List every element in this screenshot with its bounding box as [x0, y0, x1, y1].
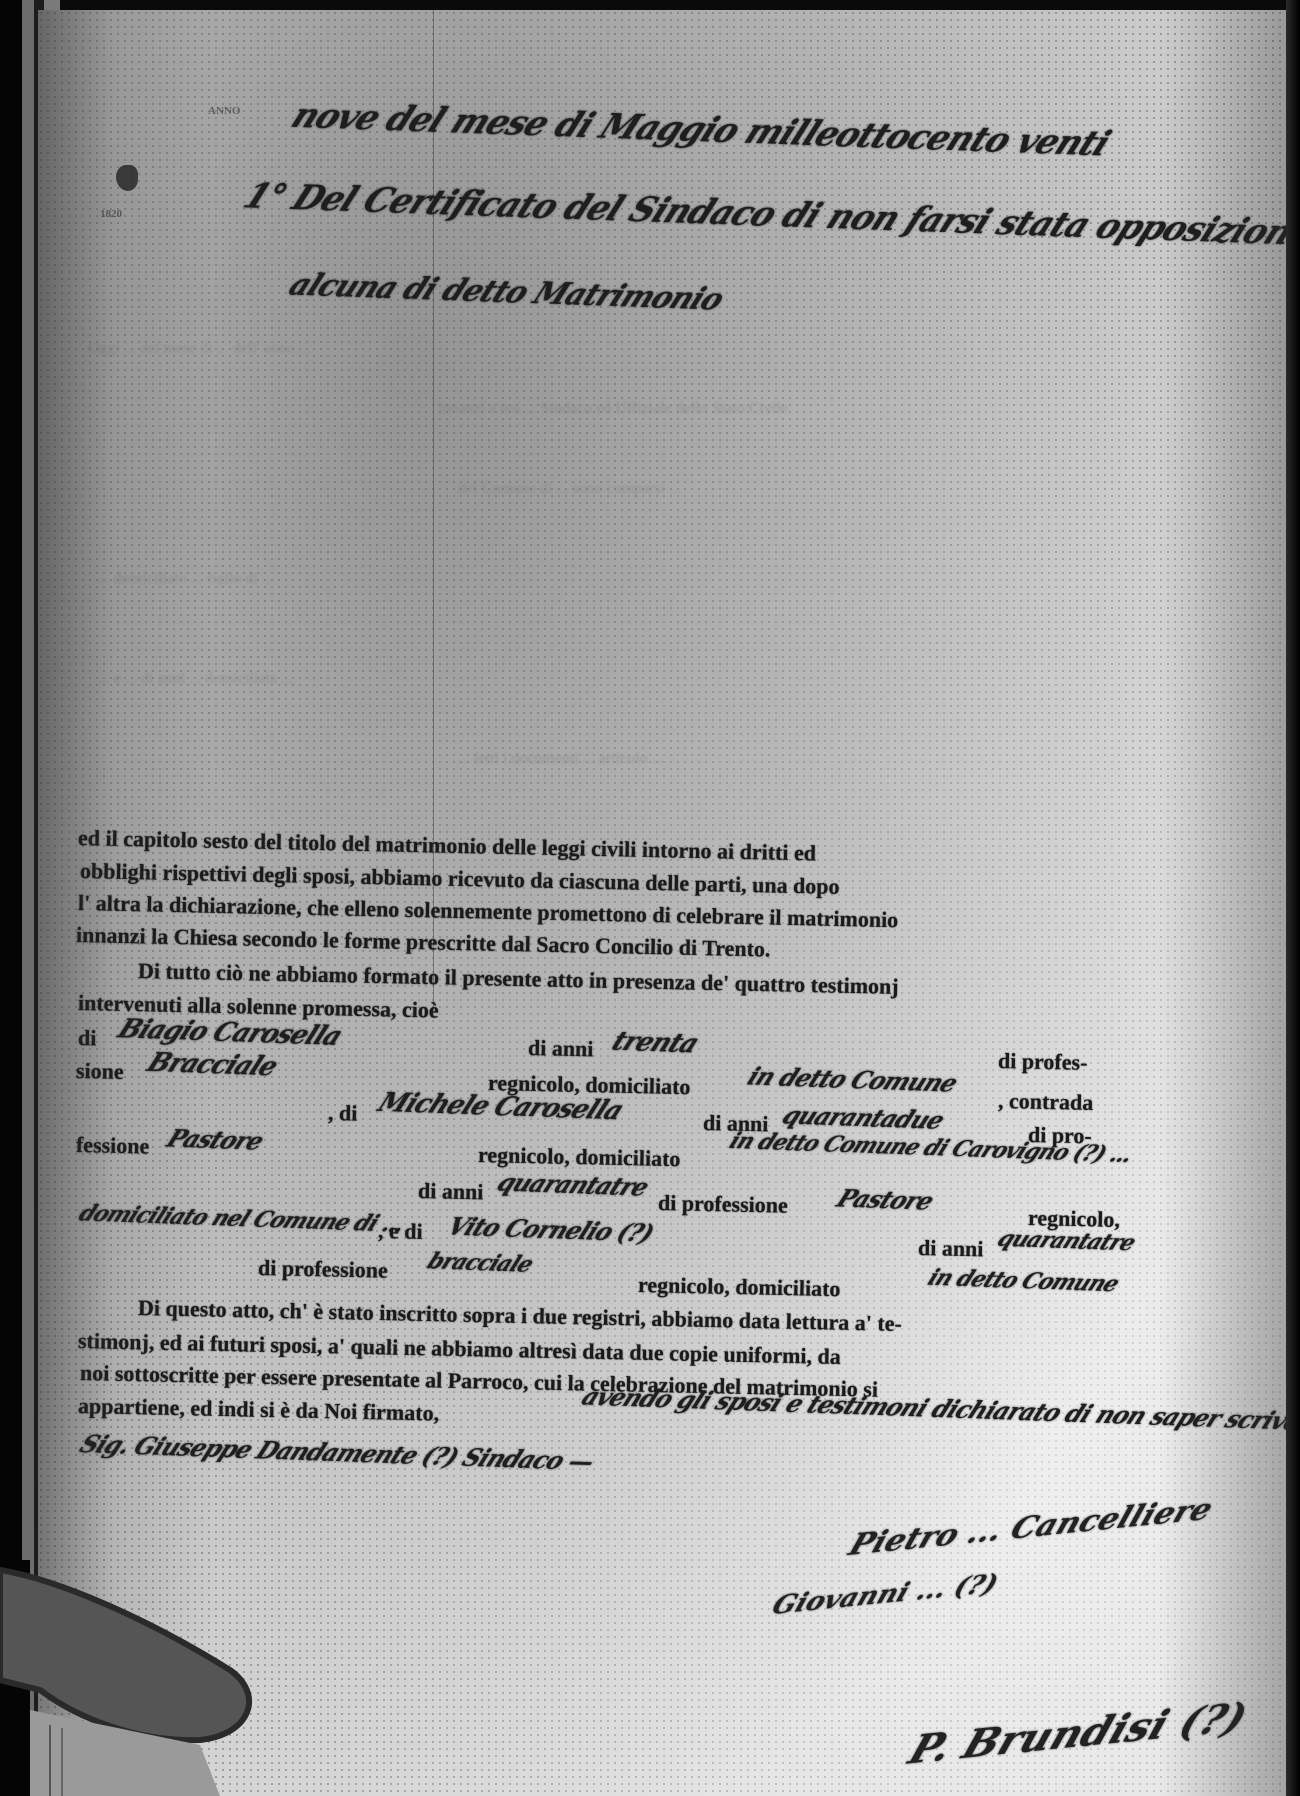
witness-4-name: Vito Cornelio (?) — [443, 1211, 658, 1247]
header-matrimony-line: alcuna di detto Matrimonio — [284, 267, 729, 317]
signature-1: Pietro ... Cancelliere — [844, 1492, 1217, 1563]
age-label: di anni — [528, 1035, 594, 1062]
bleed-through-text: ... domiciliato ... figlio di ... — [98, 570, 274, 588]
witness-1-name: Biagio Carosella — [113, 1014, 346, 1052]
signature-2: Giovanni ... (?) — [768, 1569, 1002, 1621]
witness-prefix: , di — [328, 1100, 358, 1127]
witness-4-domicile: in detto Comune — [924, 1265, 1123, 1298]
bleed-through-text: ... e ... di anni ... domiciliata ... — [98, 670, 293, 688]
page-fold-line — [433, 10, 434, 1010]
age-label: di anni — [918, 1235, 984, 1262]
signature-3: P. Brundisi (?) — [903, 1693, 1254, 1773]
witness-1-age: trenta — [607, 1027, 703, 1060]
closing-line-4: appartiene, ed indi si è da Noi firmato, — [78, 1393, 440, 1427]
contrada-label: , contrada — [998, 1088, 1094, 1116]
closing-handwritten-1: avendo gli sposi e testimoni dichiarato … — [577, 1381, 1300, 1437]
document-page: ANNO 1820 nove del mese di Maggio milleo… — [38, 10, 1286, 1796]
header-certificate-line: 1° Del Certificato del Sindaco di non fa… — [237, 176, 1300, 254]
age-label: di anni — [418, 1178, 484, 1205]
witness-2-profession: Pastore — [162, 1123, 268, 1155]
bleed-through-text: ... letti i documenti ... articolo ... — [458, 750, 664, 768]
witness-4-age: quarantatre — [993, 1226, 1139, 1257]
witness-1-profession: Bracciale — [142, 1048, 282, 1082]
page-right-edge — [1286, 0, 1300, 1796]
domicile-label: regnicolo, domiciliato — [638, 1272, 841, 1302]
witness-1-domicile: in detto Comune — [743, 1061, 962, 1097]
witness-3-domicile: domiciliato nel Comune di ... — [75, 1200, 409, 1237]
witness-prefix: , e di — [378, 1218, 423, 1245]
closing-handwritten-2: Sig. Giuseppe Dandamente (?) Sindaco — — [75, 1429, 598, 1476]
profession-label: sione — [76, 1058, 124, 1085]
margin-label: ANNO — [208, 105, 240, 117]
thumb-holding-page — [0, 1560, 260, 1796]
profession-label: fessione — [76, 1132, 150, 1160]
witness-3-age: quarantatre — [493, 1167, 654, 1201]
bleed-through-text: del Comune di ... sono comparsi ... — [458, 480, 681, 498]
witness-4-profession: bracciale — [423, 1248, 537, 1278]
profession-label: di professione — [658, 1190, 788, 1219]
header-date-line: nove del mese di Maggio milleottocento v… — [285, 96, 1116, 165]
bleed-through-text: Oggi ... del mese di ... dell' anno ... — [88, 340, 311, 358]
bleed-through-text: innanzi a noi ... Sindaco ed Uffiziale d… — [438, 400, 788, 418]
witness-3-profession: Pastore — [832, 1183, 938, 1215]
profession-label: di profes- — [998, 1048, 1088, 1076]
margin-year: 1820 — [100, 208, 122, 220]
witness-prefix: di — [78, 1025, 97, 1051]
profession-label: di professione — [258, 1255, 388, 1284]
ink-blot — [116, 165, 138, 191]
